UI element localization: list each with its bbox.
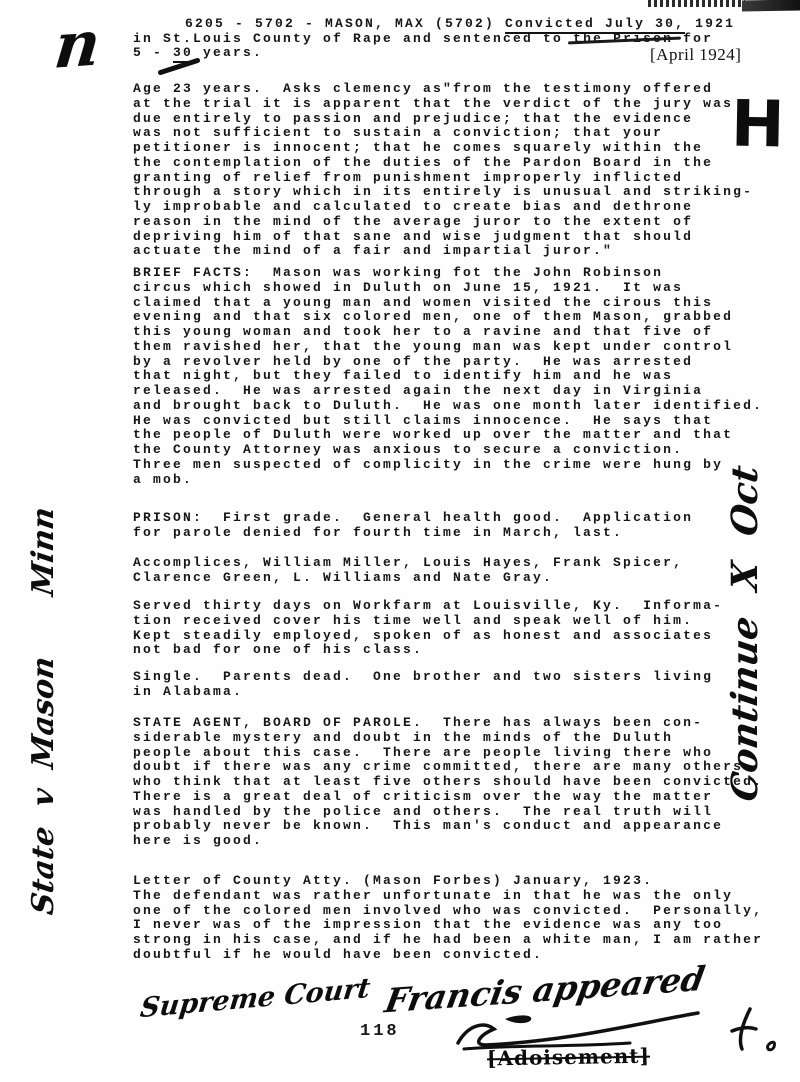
right-margin-handwriting: Continue X Oct <box>724 368 766 804</box>
paragraph-county-attorney-letter: Letter of County Atty. (Mason Forbes) Ja… <box>133 874 763 963</box>
scan-smudge-corner <box>742 0 800 12</box>
handwritten-initial-mark: n <box>51 6 104 83</box>
case-number-and-name: 6205 - 5702 - MASON, MAX (5702) <box>185 16 505 31</box>
date-stamp: [April 1924] <box>650 45 741 65</box>
handwriting-adoisement: [Adoisement] <box>487 1044 650 1071</box>
paragraph-state-agent: STATE AGENT, BOARD OF PAROLE. There has … <box>133 716 763 849</box>
term-suffix: years. <box>193 45 263 60</box>
page-number: 118 <box>360 1022 400 1041</box>
paragraph-workfarm: Served thirty days on Workfarm at Louisv… <box>133 599 723 658</box>
left-margin-handwriting: State v Mason Minn <box>26 492 61 917</box>
paragraph-accomplices: Accomplices, William Miller, Louis Hayes… <box>133 556 683 586</box>
scan-smudge-dashes <box>645 0 745 7</box>
handwriting-supreme-court: Supreme Court <box>139 973 372 1025</box>
paragraph-clemency-request: Age 23 years. Asks clemency as"from the … <box>133 82 753 259</box>
conviction-year: 1921 <box>685 16 735 31</box>
term-years-marked: 30 <box>173 46 193 63</box>
paragraph-family: Single. Parents dead. One brother and tw… <box>133 670 713 700</box>
paragraph-prison: PRISON: First grade. General health good… <box>133 511 693 541</box>
handwritten-h-mark: H <box>730 88 785 163</box>
scanned-document-page: 6205 - 5702 - MASON, MAX (5702) Convicte… <box>0 0 800 1082</box>
term-prefix: 5 - <box>133 45 173 60</box>
header-line-3: 5 - 30 years. <box>133 46 263 63</box>
sentence-text: in St.Louis County of Rape and sentenced… <box>133 31 573 46</box>
paragraph-brief-facts: BRIEF FACTS: Mason was working fot the J… <box>133 266 763 487</box>
